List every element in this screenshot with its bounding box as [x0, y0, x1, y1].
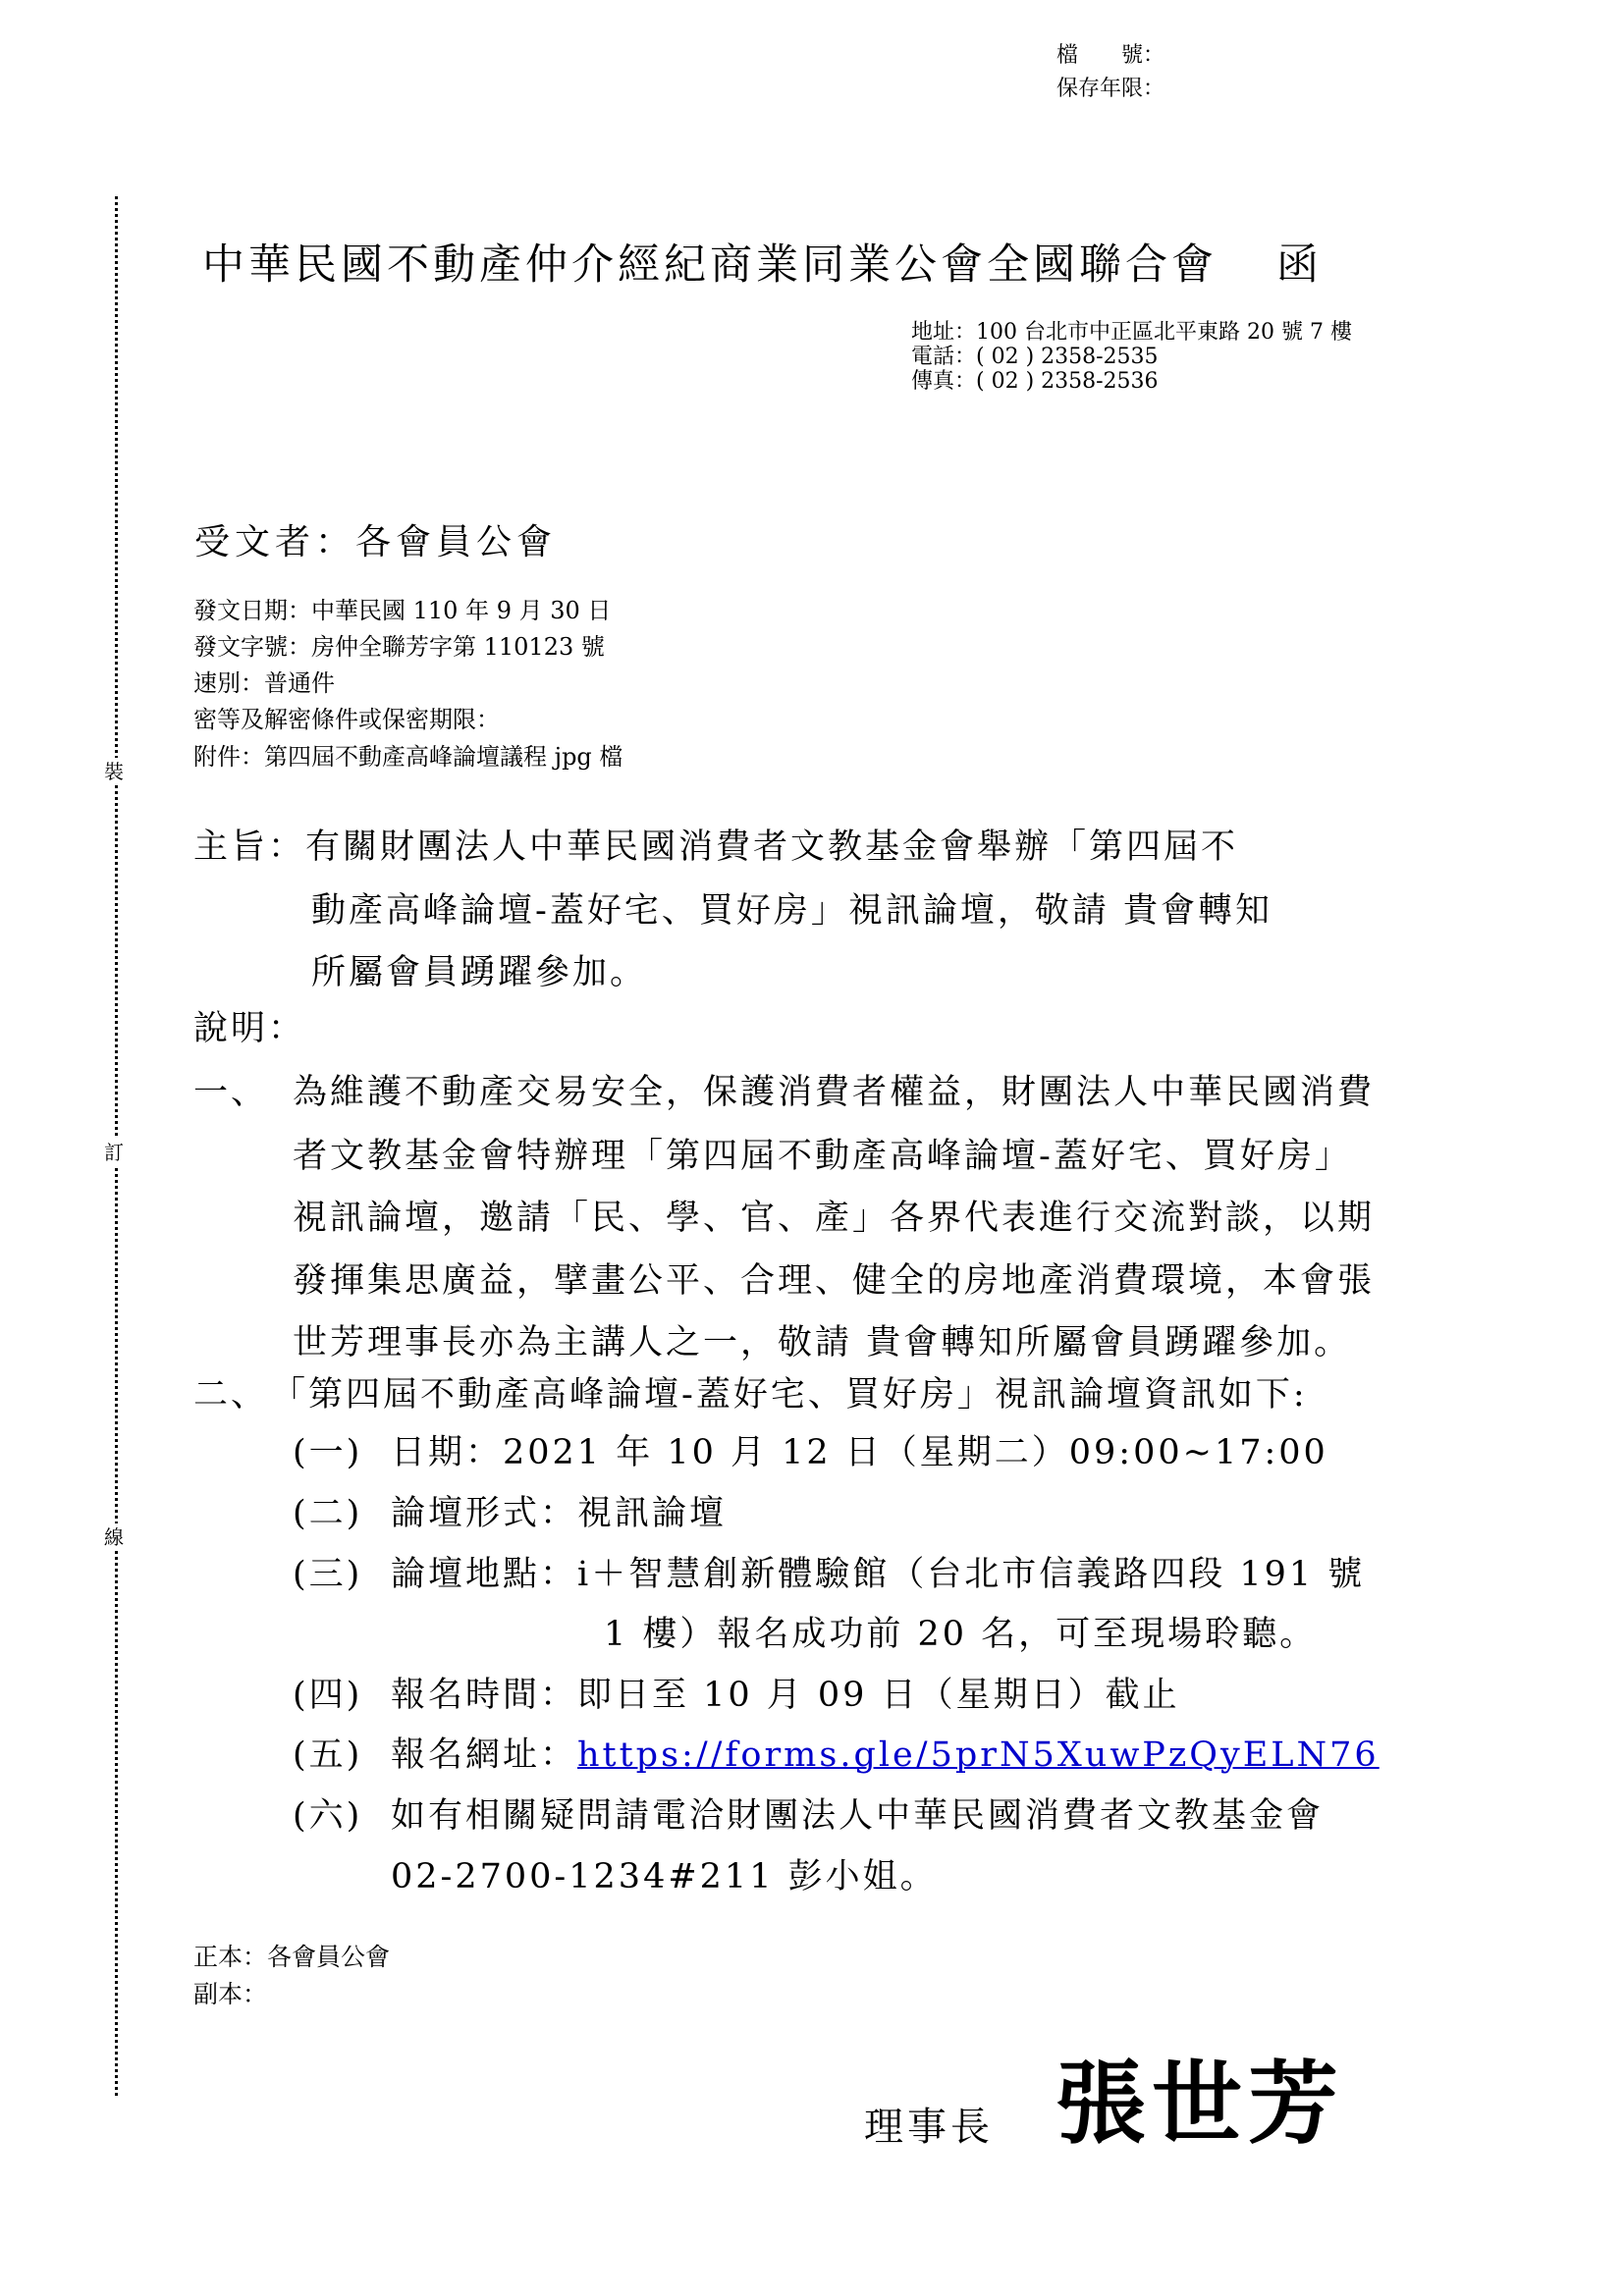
subitem-marker: (三)	[293, 1547, 362, 1596]
item1-line: 視訊論壇，邀請「民、學、官、產」各界代表進行交流對談，以期	[293, 1191, 1375, 1240]
subject-line: 主旨：有關財團法人中華民國消費者文教基金會舉辦「第四屆不	[193, 820, 1238, 869]
binding-char-xian: 線	[104, 1523, 124, 1551]
event-date: 日期：2021 年 10 月 12 日（星期二）09:00~17:00	[391, 1425, 1328, 1474]
signature-title: 理事長	[864, 2096, 994, 2152]
item-marker: 一、	[193, 1065, 268, 1114]
registration-url-label: 報名網址：	[391, 1735, 577, 1775]
confidentiality: 密等及解密條件或保密期限：	[193, 704, 500, 736]
item1-line: 發揮集思廣益，擘畫公平、合理、健全的房地產消費環境，本會張	[293, 1254, 1375, 1303]
document-number: 發文字號：房仲全聯芳字第 110123 號	[193, 631, 605, 664]
explanation-heading: 說明：	[193, 1001, 305, 1050]
issue-date: 發文日期：中華民國 110 年 9 月 30 日	[193, 595, 611, 627]
subitem-marker: (一)	[293, 1425, 362, 1474]
file-number-label: 檔 號：	[1056, 39, 1164, 73]
subitem-marker: (五)	[293, 1728, 362, 1777]
phone: 電話：( 02 ) 2358-2535	[911, 346, 1159, 369]
item1-line: 為維護不動產交易安全，保護消費者權益，財團法人中華民國消費	[293, 1065, 1375, 1114]
subitem-marker: (二)	[293, 1486, 362, 1535]
forum-location-continued: 1 樓）報名成功前 20 名，可至現場聆聽。	[604, 1607, 1317, 1656]
address: 地址：100 台北市中正區北平東路 20 號 7 樓	[911, 321, 1352, 345]
binding-char-ding: 訂	[104, 1139, 124, 1166]
contact-info: 如有相關疑問請電洽財團法人中華民國消費者文教基金會	[391, 1789, 1324, 1838]
subitem-marker: (四)	[293, 1668, 362, 1717]
priority: 速別：普通件	[193, 667, 335, 700]
subject-line: 動產高峰論壇-蓋好宅、買好房」視訊論壇，敬請 貴會轉知	[311, 883, 1272, 933]
item2-intro: 「第四屆不動產高峰論壇-蓋好宅、買好房」視訊論壇資訊如下:	[271, 1367, 1308, 1416]
organization-name: 中華民國不動產仲介經紀商業同業公會全國聯合會	[202, 240, 1218, 290]
fax: 傳真：( 02 ) 2358-2536	[911, 370, 1159, 394]
contact-info-continued: 02-2700-1234#211 彭小姐。	[391, 1849, 938, 1898]
forum-location: 論壇地點：i＋智慧創新體驗館（台北市信義路四段 191 號	[391, 1547, 1365, 1596]
attachment: 附件：第四屆不動產高峰論壇議程 jpg 檔	[193, 741, 623, 774]
registration-period: 報名時間：即日至 10 月 09 日（星期日）截止	[391, 1668, 1180, 1717]
letterhead: 中華民國不動產仲介經紀商業同業公會全國聯合會函	[202, 232, 1323, 292]
copy-recipients: 副本：	[193, 1976, 267, 2013]
subitem-marker: (六)	[293, 1789, 362, 1838]
registration-url-link[interactable]: https://forms.gle/5prN5XuwPzQyELN76	[577, 1735, 1380, 1775]
recipient: 受文者：各會員公會	[194, 514, 557, 564]
item1-line: 者文教基金會特辦理「第四屆不動產高峰論壇-蓋好宅、買好房」	[293, 1129, 1352, 1178]
signature-name: 張世芳	[1056, 2032, 1344, 2162]
document-type: 函	[1276, 240, 1323, 290]
subject-line: 所屬會員踴躍參加。	[311, 945, 647, 994]
retention-period-label: 保存年限：	[1056, 73, 1164, 106]
item1-line: 世芳理事長亦為主講人之一，敬請 貴會轉知所屬會員踴躍參加。	[293, 1315, 1351, 1364]
registration-url-row: 報名網址：https://forms.gle/5prN5XuwPzQyELN76	[391, 1728, 1380, 1777]
item-marker: 二、	[193, 1367, 268, 1416]
original-recipients: 正本：各會員公會	[193, 1939, 390, 1976]
binding-char-zhuang: 裝	[104, 758, 124, 785]
forum-format: 論壇形式：視訊論壇	[391, 1486, 727, 1535]
